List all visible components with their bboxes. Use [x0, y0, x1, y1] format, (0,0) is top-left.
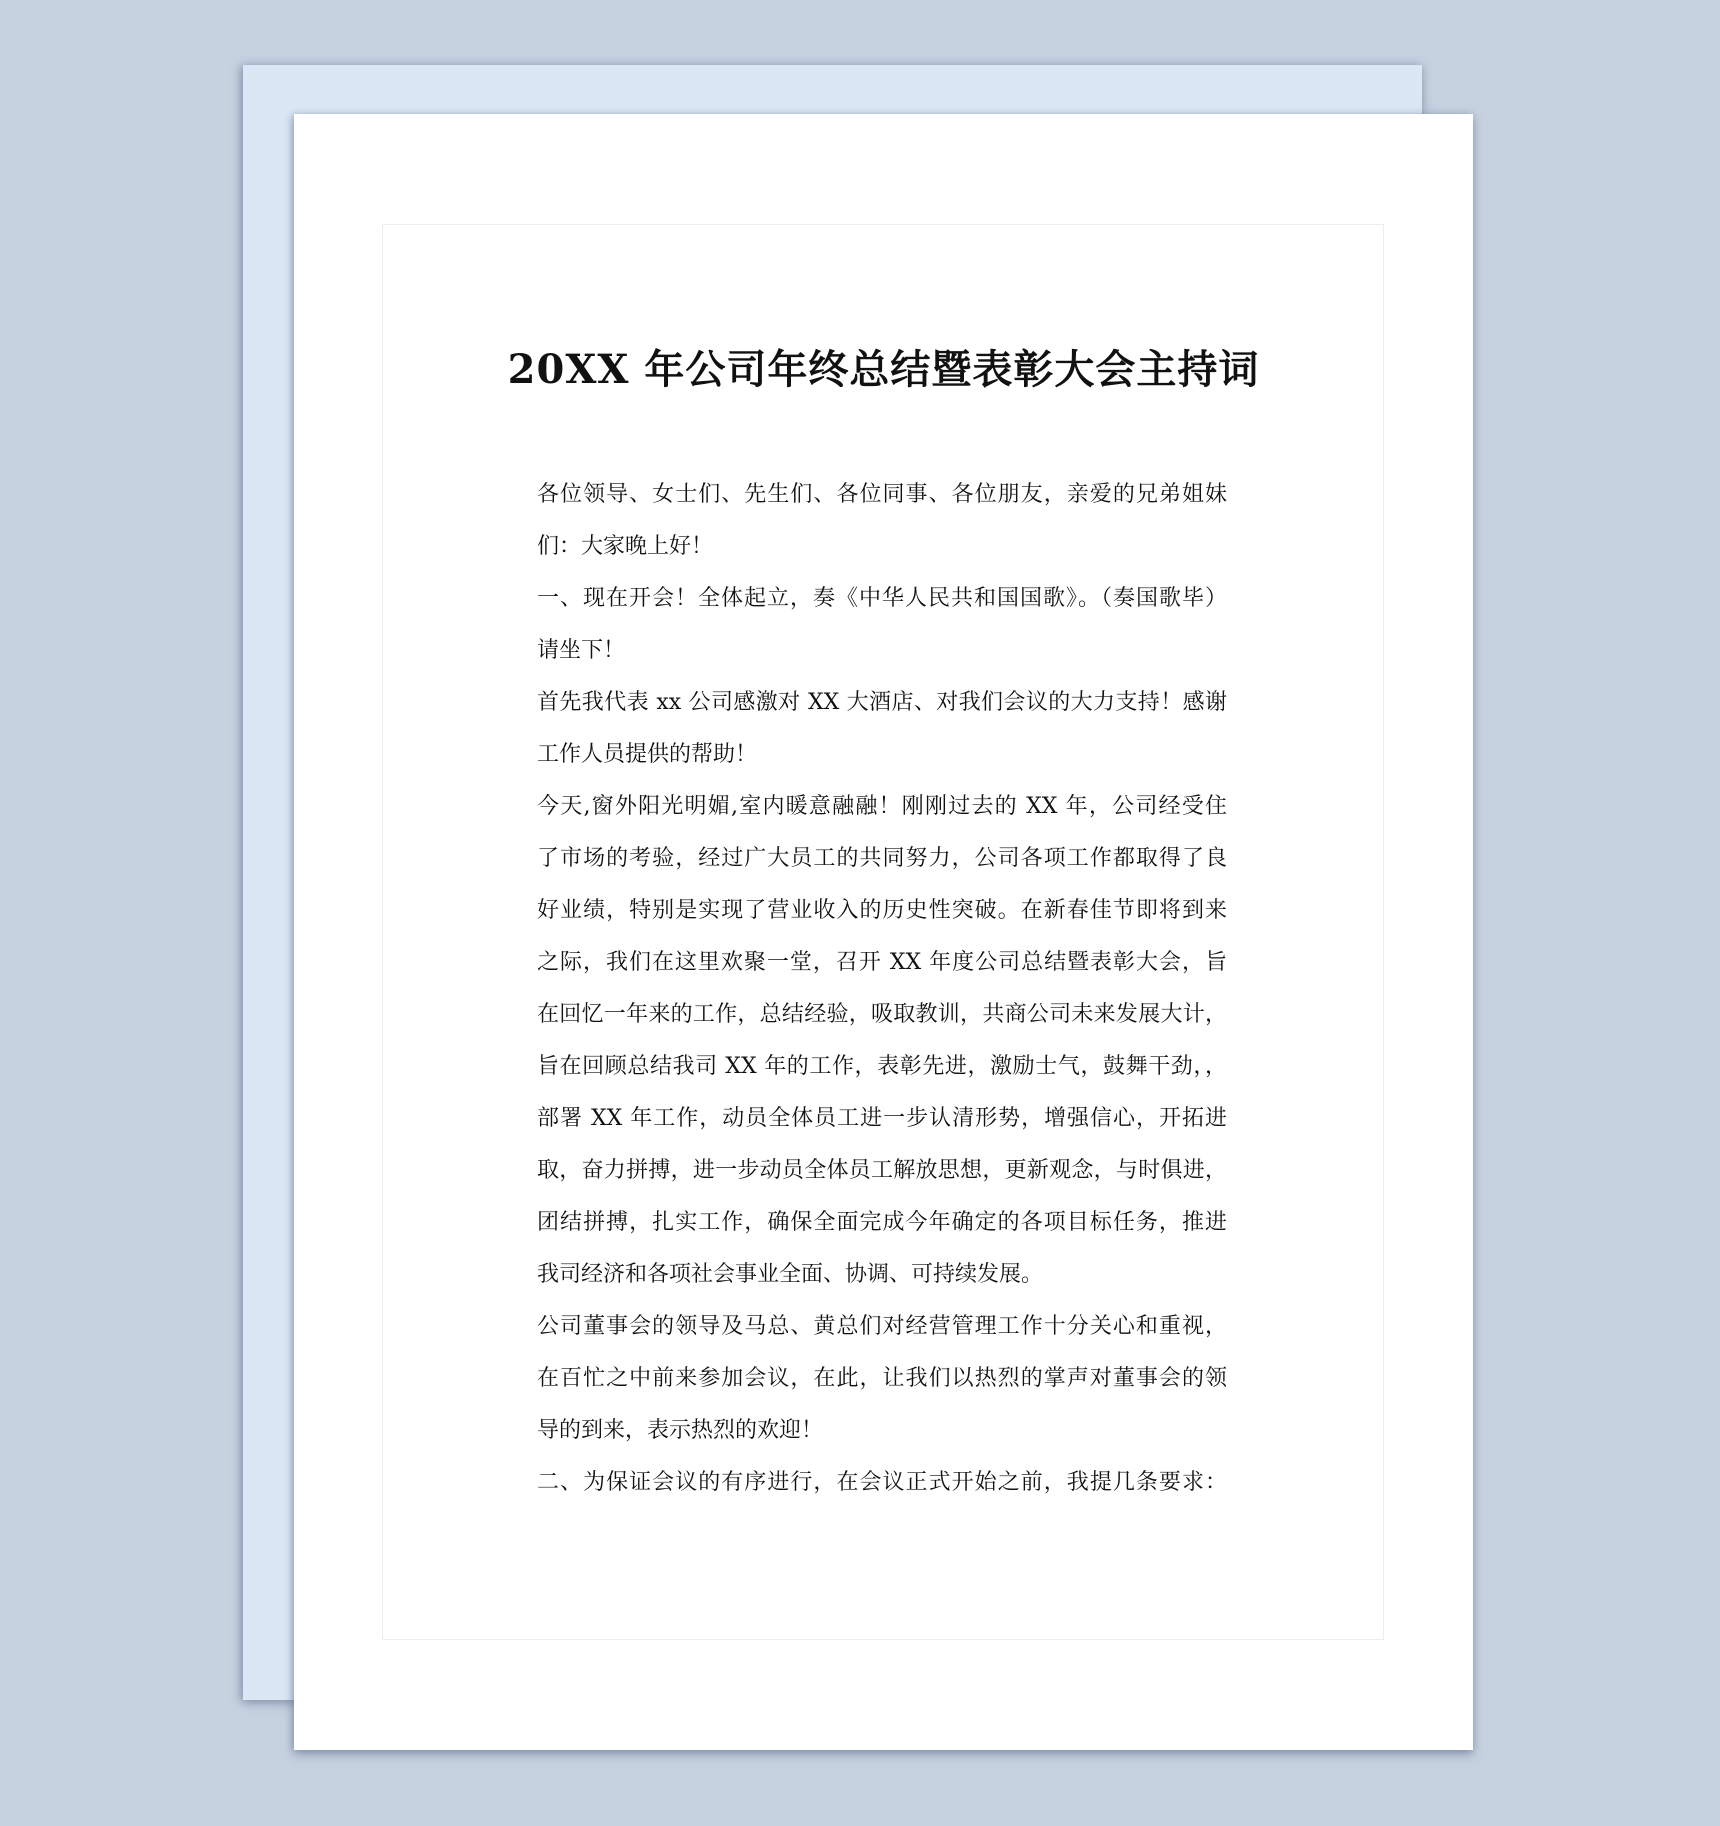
- document-preview-canvas: 20XX 年公司年终总结暨表彰大会主持词 各位领导、女士们、先生们、各位同事、各…: [0, 0, 1720, 1826]
- body-line: 请坐下！: [537, 625, 1227, 677]
- body-line: 一、现在开会！全体起立，奏《中华人民共和国国歌》。（奏国歌毕）: [537, 573, 1227, 625]
- body-line: 在回忆一年来的工作，总结经验，吸取教训，共商公司未来发展大计，: [537, 989, 1227, 1041]
- body-line: 各位领导、女士们、先生们、各位同事、各位朋友，亲爱的兄弟姐妹: [537, 469, 1227, 521]
- body-line: 了市场的考验，经过广大员工的共同努力，公司各项工作都取得了良: [537, 833, 1227, 885]
- body-line: 在百忙之中前来参加会议，在此，让我们以热烈的掌声对董事会的领: [537, 1353, 1227, 1405]
- body-line: 好业绩，特别是实现了营业收入的历史性突破。在新春佳节即将到来: [537, 885, 1227, 937]
- body-line: 二、为保证会议的有序进行，在会议正式开始之前，我提几条要求：: [537, 1457, 1227, 1509]
- body-line: 工作人员提供的帮助！: [537, 729, 1227, 781]
- document-body: 各位领导、女士们、先生们、各位同事、各位朋友，亲爱的兄弟姐妹们：大家晚上好！一、…: [537, 469, 1227, 1509]
- body-line: 今天,窗外阳光明媚,室内暖意融融！刚刚过去的 XX 年，公司经受住: [537, 781, 1227, 833]
- body-line: 导的到来，表示热烈的欢迎！: [537, 1405, 1227, 1457]
- body-line: 团结拼搏，扎实工作，确保全面完成今年确定的各项目标任务，推进: [537, 1197, 1227, 1249]
- body-line: 旨在回顾总结我司 XX 年的工作，表彰先进，激励士气，鼓舞干劲，，: [537, 1041, 1227, 1093]
- body-line: 公司董事会的领导及马总、黄总们对经营管理工作十分关心和重视，: [537, 1301, 1227, 1353]
- body-line: 取，奋力拼搏，进一步动员全体员工解放思想，更新观念，与时俱进，: [537, 1145, 1227, 1197]
- document-page: 20XX 年公司年终总结暨表彰大会主持词 各位领导、女士们、先生们、各位同事、各…: [294, 114, 1473, 1750]
- body-line: 部署 XX 年工作，动员全体员工进一步认清形势，增强信心，开拓进: [537, 1093, 1227, 1145]
- body-line: 我司经济和各项社会事业全面、协调、可持续发展。: [537, 1249, 1227, 1301]
- page-title: 20XX 年公司年终总结暨表彰大会主持词: [294, 347, 1473, 393]
- body-line: 之际，我们在这里欢聚一堂，召开 XX 年度公司总结暨表彰大会，旨: [537, 937, 1227, 989]
- body-line: 们：大家晚上好！: [537, 521, 1227, 573]
- body-line: 首先我代表 xx 公司感激对 XX 大酒店、对我们会议的大力支持！感谢: [537, 677, 1227, 729]
